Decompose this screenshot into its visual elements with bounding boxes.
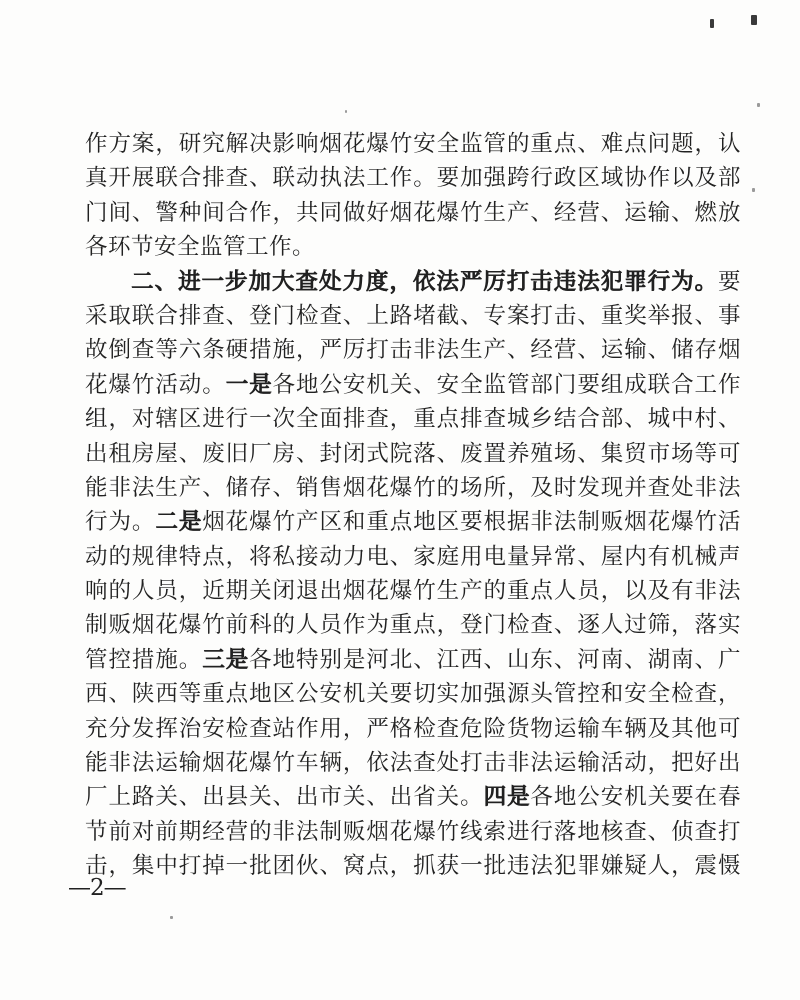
text-segment: 各地特别是河北、江西、山东、河南、湖南、广 (249, 647, 741, 673)
text-segment: 制贩烟花爆竹前科的人员作为重点，登门检查、逐人过筛，落实 (85, 612, 741, 638)
text-segment: 出租房屋、废旧厂房、封闭式院落、废置养殖场、集贸市场等可 (85, 441, 741, 467)
text-line: 响的人员，近期关闭退出烟花爆竹生产的重点人员，以及有非法 (85, 574, 741, 608)
text-line: 西、陕西等重点地区公安机关要切实加强源头管控和安全检查， (85, 677, 741, 711)
text-segment: 采取联合排查、登门检查、上路堵截、专案打击、重奖举报、事 (85, 303, 741, 329)
text-segment: 能非法运输烟花爆竹车辆，依法查处打击非法运输活动，把好出 (85, 750, 741, 776)
text-line: 故倒查等六条硬措施，严厉打击非法生产、经营、运输、储存烟 (85, 333, 741, 367)
text-segment: 烟花爆竹产区和重点地区要根据非法制贩烟花爆竹活 (202, 509, 741, 535)
text-segment: 管控措施。 (85, 647, 202, 673)
scan-speck (751, 15, 757, 25)
text-line: 动的规律特点，将私接动力电、家庭用电量异常、屋内有机械声 (85, 540, 741, 574)
text-segment: 响的人员，近期关闭退出烟花爆竹生产的重点人员，以及有非法 (85, 578, 741, 604)
text-segment: 能非法生产、储存、销售烟花爆竹的场所，及时发现并查处非法 (85, 475, 741, 501)
text-line: 充分发挥治安检查站作用，严格检查危险货物运输车辆及其他可 (85, 712, 741, 746)
text-line: 制贩烟花爆竹前科的人员作为重点，登门检查、逐人过筛，落实 (85, 608, 741, 642)
text-line: 门间、警种间合作，共同做好烟花爆竹生产、经营、运输、燃放 (85, 196, 741, 230)
text-segment: 充分发挥治安检查站作用，严格检查危险货物运输车辆及其他可 (85, 716, 741, 742)
text-segment: 厂上路关、出县关、出市关、出省关。 (85, 784, 484, 810)
text-line: 能非法生产、储存、销售烟花爆竹的场所，及时发现并查处非法 (85, 471, 741, 505)
text-line: 厂上路关、出县关、出市关、出省关。四是各地公安机关要在春 (85, 780, 741, 814)
text-line: 管控措施。三是各地特别是河北、江西、山东、河南、湖南、广 (85, 643, 741, 677)
text-segment: 行为。 (85, 509, 155, 535)
text-line: 能非法运输烟花爆竹车辆，依法查处打击非法运输活动，把好出 (85, 746, 741, 780)
bold-text-segment: 四是 (484, 784, 531, 810)
text-line: 花爆竹活动。一是各地公安机关、安全监管部门要组成联合工作 (85, 368, 741, 402)
text-segment: 各地公安机关、安全监管部门要组成联合工作 (273, 372, 741, 398)
text-segment: 各地公安机关要在春 (530, 784, 741, 810)
scan-speck (710, 19, 714, 28)
text-segment: 真开展联合排查、联动执法工作。要加强跨行政区域协作以及部 (85, 165, 741, 191)
text-segment: 门间、警种间合作，共同做好烟花爆竹生产、经营、运输、燃放 (85, 200, 741, 226)
scan-speck (345, 110, 347, 113)
text-segment: 组，对辖区进行一次全面排查，重点排查城乡结合部、城中村、 (85, 406, 741, 432)
scan-speck (170, 916, 173, 919)
scan-speck (757, 103, 760, 107)
text-segment: 节前对前期经营的非法制贩烟花爆竹线索进行落地核查、侦查打 (85, 819, 741, 845)
text-segment: 故倒查等六条硬措施，严厉打击非法生产、经营、运输、储存烟 (85, 337, 741, 363)
text-line: 出租房屋、废旧厂房、封闭式院落、废置养殖场、集贸市场等可 (85, 437, 741, 471)
text-segment: 各环节安全监管工作。 (85, 234, 315, 260)
text-line: 真开展联合排查、联动执法工作。要加强跨行政区域协作以及部 (85, 161, 741, 195)
text-line: 采取联合排查、登门检查、上路堵截、专案打击、重奖举报、事 (85, 299, 741, 333)
bold-text-segment: 二是 (155, 509, 202, 535)
text-line: 二、进一步加大查处力度，依法严厉打击违法犯罪行为。要 (85, 265, 741, 299)
text-line: 节前对前期经营的非法制贩烟花爆竹线索进行落地核查、侦查打 (85, 815, 741, 849)
text-segment: 击，集中打掉一批团伙、窝点，抓获一批违法犯罪嫌疑人，震慑 (85, 853, 741, 879)
scan-speck (752, 188, 755, 192)
text-segment: 动的规律特点，将私接动力电、家庭用电量异常、屋内有机械声 (85, 544, 741, 570)
scanned-document-page: 作方案，研究解决影响烟花爆竹安全监管的重点、难点问题，认真开展联合排查、联动执法… (0, 0, 800, 1000)
text-segment: 要 (718, 269, 741, 295)
text-block: 作方案，研究解决影响烟花爆竹安全监管的重点、难点问题，认真开展联合排查、联动执法… (85, 127, 741, 884)
text-line: 击，集中打掉一批团伙、窝点，抓获一批违法犯罪嫌疑人，震慑 (85, 849, 741, 883)
bold-text-segment: 一是 (226, 372, 273, 398)
bold-text-segment: 三是 (202, 647, 249, 673)
text-line: 作方案，研究解决影响烟花爆竹安全监管的重点、难点问题，认 (85, 127, 741, 161)
text-segment: 作方案，研究解决影响烟花爆竹安全监管的重点、难点问题，认 (85, 131, 741, 157)
text-segment: 花爆竹活动。 (85, 372, 226, 398)
text-line: 各环节安全监管工作。 (85, 230, 741, 264)
text-line: 组，对辖区进行一次全面排查，重点排查城乡结合部、城中村、 (85, 402, 741, 436)
page-number: —2— (68, 874, 126, 902)
bold-text-segment: 二、进一步加大查处力度，依法严厉打击违法犯罪行为。 (131, 269, 718, 295)
text-line: 行为。二是烟花爆竹产区和重点地区要根据非法制贩烟花爆竹活 (85, 505, 741, 539)
text-segment: 西、陕西等重点地区公安机关要切实加强源头管控和安全检查， (85, 681, 741, 707)
